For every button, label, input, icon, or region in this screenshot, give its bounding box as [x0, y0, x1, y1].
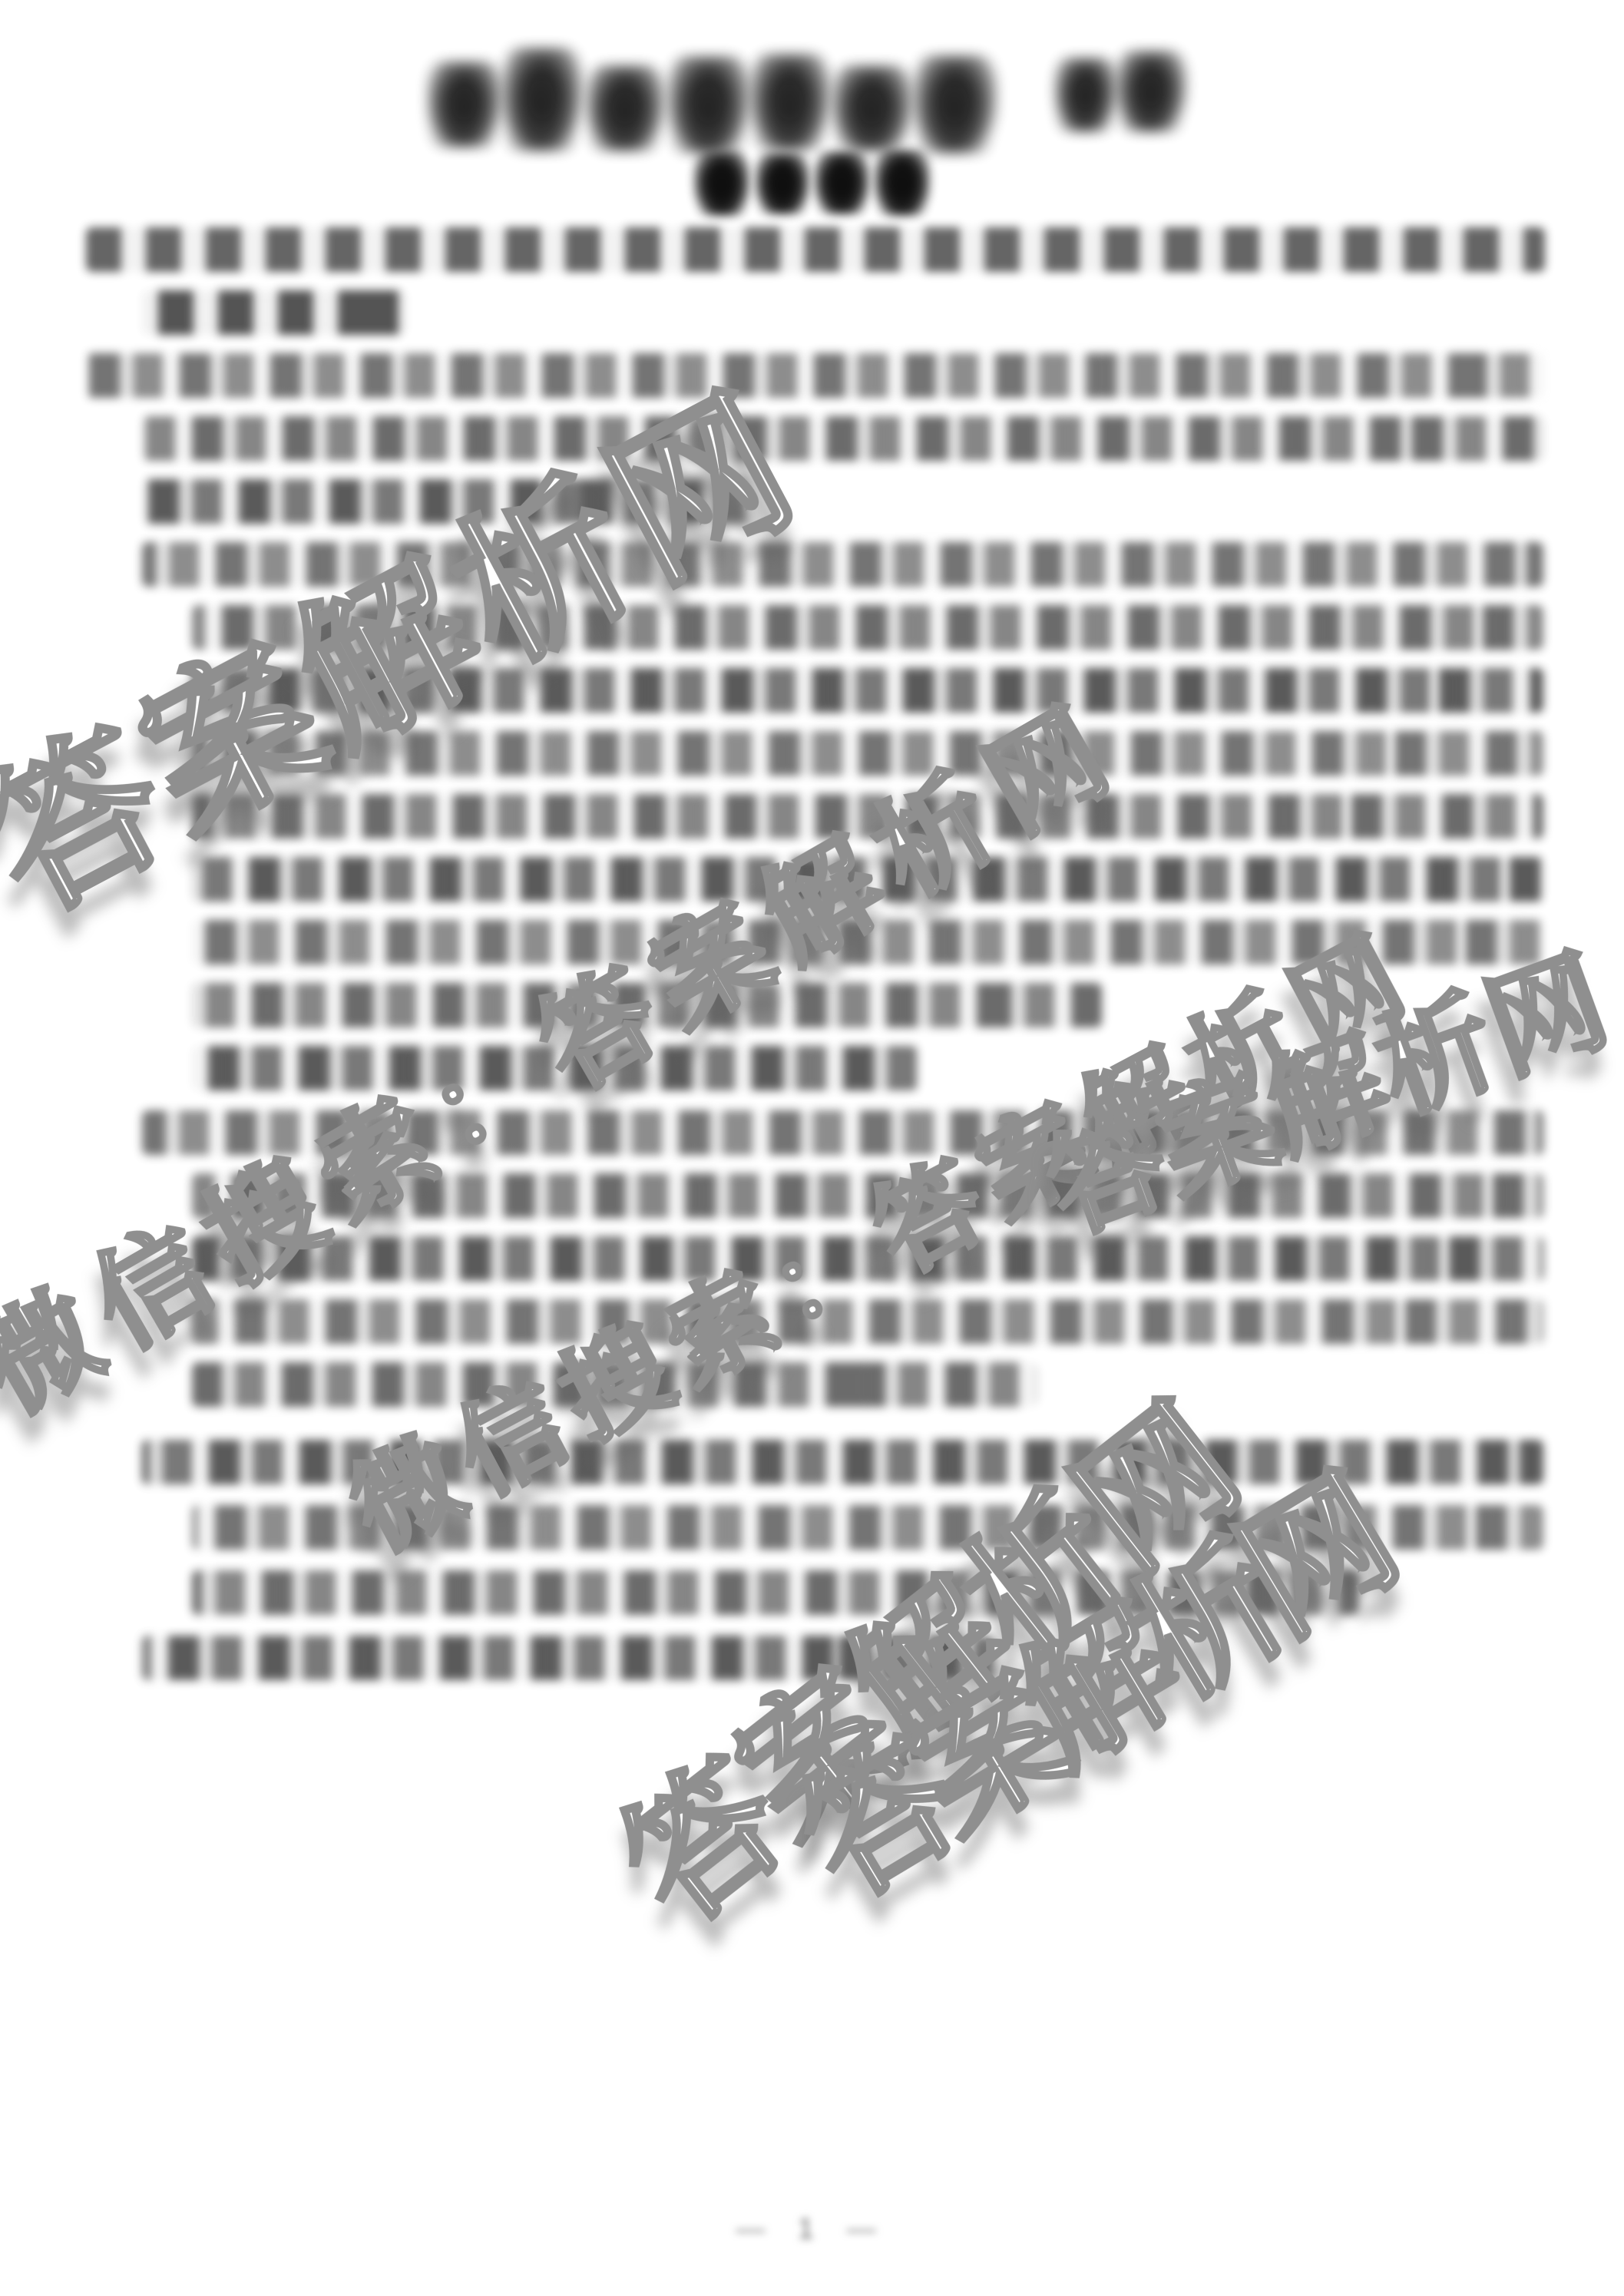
- blurred-text-line: [142, 416, 1543, 461]
- title-char-blur: [831, 65, 914, 151]
- page-title-text: 九年级期中测试 历史: [0, 0, 1, 1]
- title-char-blur: [912, 55, 998, 154]
- page-subtitle-text: 参考答案: [0, 0, 1, 1]
- title-char-blur: [749, 54, 832, 151]
- page-number: — 1 —: [0, 2213, 1624, 2246]
- blurred-text-line: [86, 353, 1543, 398]
- title-char-blur: [585, 65, 666, 151]
- title-char-blur: [426, 61, 503, 147]
- blurred-text-line: [86, 227, 1545, 272]
- subtitle-char-blur: [693, 151, 750, 216]
- subtitle-char-blur: [755, 153, 810, 214]
- blurred-text-line: [142, 290, 407, 335]
- subtitle-char-blur: [814, 151, 870, 214]
- title-char-blur: [666, 56, 751, 154]
- title-char-blur: [1053, 58, 1118, 132]
- title-char-blur: [1115, 51, 1188, 132]
- title-char-blur: [501, 48, 584, 151]
- subtitle-char-blur: [874, 150, 931, 216]
- scanned-answer-sheet-page: 九年级期中测试 历史 参考答案 答案解析网微信搜索：答案解析网微信搜索：答案解析…: [0, 0, 1624, 2296]
